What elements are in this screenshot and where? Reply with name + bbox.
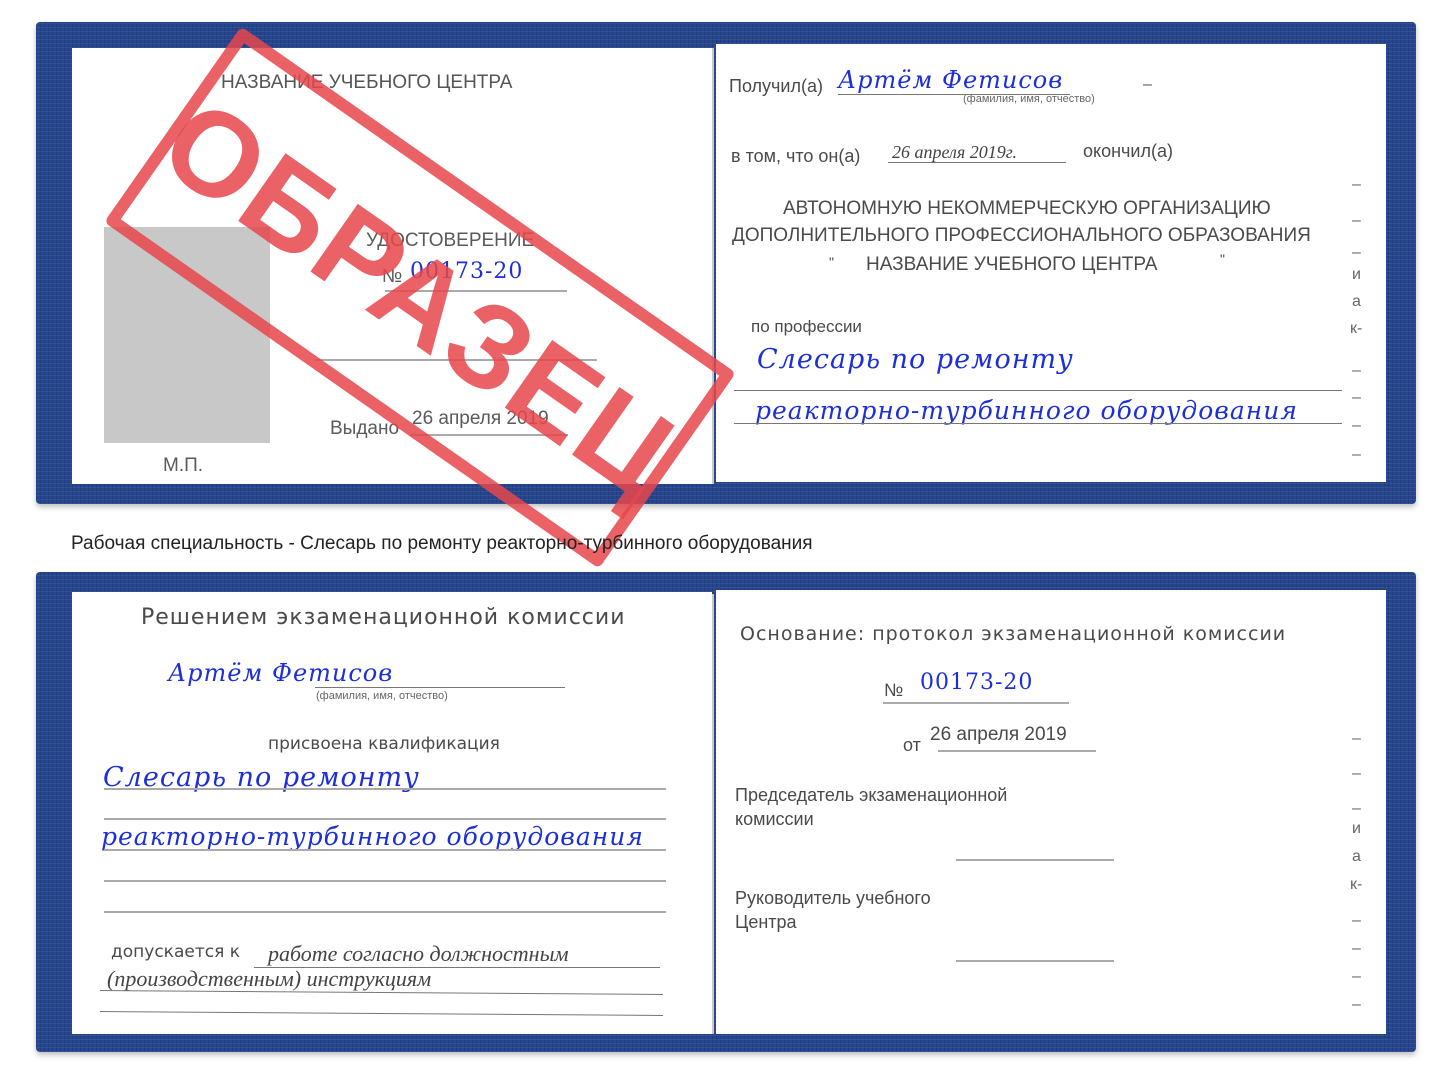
- qualification-underline-1: [104, 788, 666, 790]
- qualification-underline-1b: [104, 818, 666, 820]
- bottom-spine: [712, 594, 714, 1034]
- edge-mark: –: [1352, 446, 1361, 464]
- edge-mark: и: [1352, 266, 1361, 284]
- org-line-1: АВТОНОМНУЮ НЕКОММЕРЧЕСКУЮ ОРГАНИЗАЦИЮ: [783, 198, 1271, 220]
- qualification-underline-2: [104, 849, 666, 851]
- edge-mark: а: [1352, 848, 1361, 866]
- received-label: Получил(а): [729, 76, 823, 97]
- edge-mark: –: [1352, 212, 1361, 230]
- name-hint: (фамилия, имя, отчество): [963, 93, 1095, 105]
- edge-mark: –: [1352, 912, 1361, 930]
- head-label-line-2: Центра: [735, 912, 797, 933]
- completion-date: 26 апреля 2019г.: [892, 142, 1017, 163]
- edge-mark: –: [1352, 389, 1361, 407]
- bottom-recipient-underline: [315, 687, 565, 688]
- org-line-2: ДОПОЛНИТЕЛЬНОГО ПРОФЕССИОНАЛЬНОГО ОБРАЗО…: [732, 225, 1311, 247]
- admitted-line-2: (производственным) инструкциям: [107, 966, 431, 992]
- profession-label: по профессии: [751, 317, 862, 337]
- protocol-number-label: №: [884, 680, 903, 701]
- chairman-signature-line: [956, 859, 1114, 861]
- org-quote-close: ": [1220, 251, 1225, 267]
- org-line-3: НАЗВАНИЕ УЧЕБНОГО ЦЕНТРА: [866, 254, 1158, 276]
- edge-mark: –: [1352, 730, 1361, 748]
- edge-mark: –: [1352, 765, 1361, 783]
- protocol-from-label: от: [903, 735, 921, 756]
- chairman-label-line-2: комиссии: [735, 809, 814, 830]
- edge-mark: и: [1352, 820, 1361, 838]
- protocol-number-value: 00173-20: [920, 670, 1033, 695]
- edge-mark: к-: [1350, 320, 1362, 338]
- qualification-label: присвоена квалификация: [268, 734, 500, 754]
- stamp-place-label: М.П.: [163, 455, 203, 477]
- bottom-right-page: [716, 590, 1386, 1034]
- edge-mark: –: [1352, 996, 1361, 1014]
- head-signature-line: [956, 960, 1114, 962]
- admitted-label: допускается к: [111, 942, 240, 962]
- edge-mark: –: [1352, 968, 1361, 986]
- that-label: в том, что он(а): [731, 146, 860, 167]
- edge-mark: а: [1352, 293, 1361, 311]
- edge-mark: –: [1352, 176, 1361, 194]
- profession-underline-1: [734, 390, 1342, 391]
- edge-mark: к-: [1350, 876, 1362, 894]
- bottom-name-hint: (фамилия, имя, отчество): [316, 690, 448, 702]
- edge-mark: –: [1352, 362, 1361, 380]
- top-spine: [712, 48, 714, 484]
- profession-line-2: реакторно-турбинного оборудования: [755, 396, 1298, 425]
- protocol-number-underline: [883, 702, 1069, 704]
- qualification-underline-4: [104, 911, 666, 913]
- edge-mark: –: [1352, 800, 1361, 818]
- profession-underline-2: [734, 423, 1342, 424]
- bottom-recipient-name: Артём Фетисов: [168, 659, 393, 687]
- protocol-date-underline: [938, 750, 1096, 752]
- specialty-caption: Рабочая специальность - Слесарь по ремон…: [71, 533, 813, 555]
- basis-label: Основание: протокол экзаменационной коми…: [740, 623, 1286, 645]
- decision-title: Решением экзаменационной комиссии: [141, 605, 626, 630]
- org-quote-open: ": [829, 254, 834, 270]
- edge-mark: –: [1352, 417, 1361, 435]
- completion-date-underline: [888, 162, 1066, 163]
- chairman-label-line-1: Председатель экзаменационной: [735, 785, 1007, 806]
- qualification-underline-3: [104, 880, 666, 882]
- recipient-name: Артём Фетисов: [838, 66, 1063, 94]
- admitted-line-1: работе согласно должностным: [268, 941, 569, 967]
- edge-mark: –: [1352, 244, 1361, 262]
- completed-label: окончил(а): [1083, 141, 1173, 162]
- profession-line-1: Слесарь по ремонту: [757, 344, 1074, 375]
- edge-mark: –: [1352, 940, 1361, 958]
- name-underline-dash: –: [1143, 76, 1152, 94]
- head-label-line-1: Руководитель учебного: [735, 888, 931, 909]
- protocol-date: 26 апреля 2019: [930, 724, 1067, 746]
- qualification-line-2: реакторно-турбинного оборудования: [101, 822, 644, 851]
